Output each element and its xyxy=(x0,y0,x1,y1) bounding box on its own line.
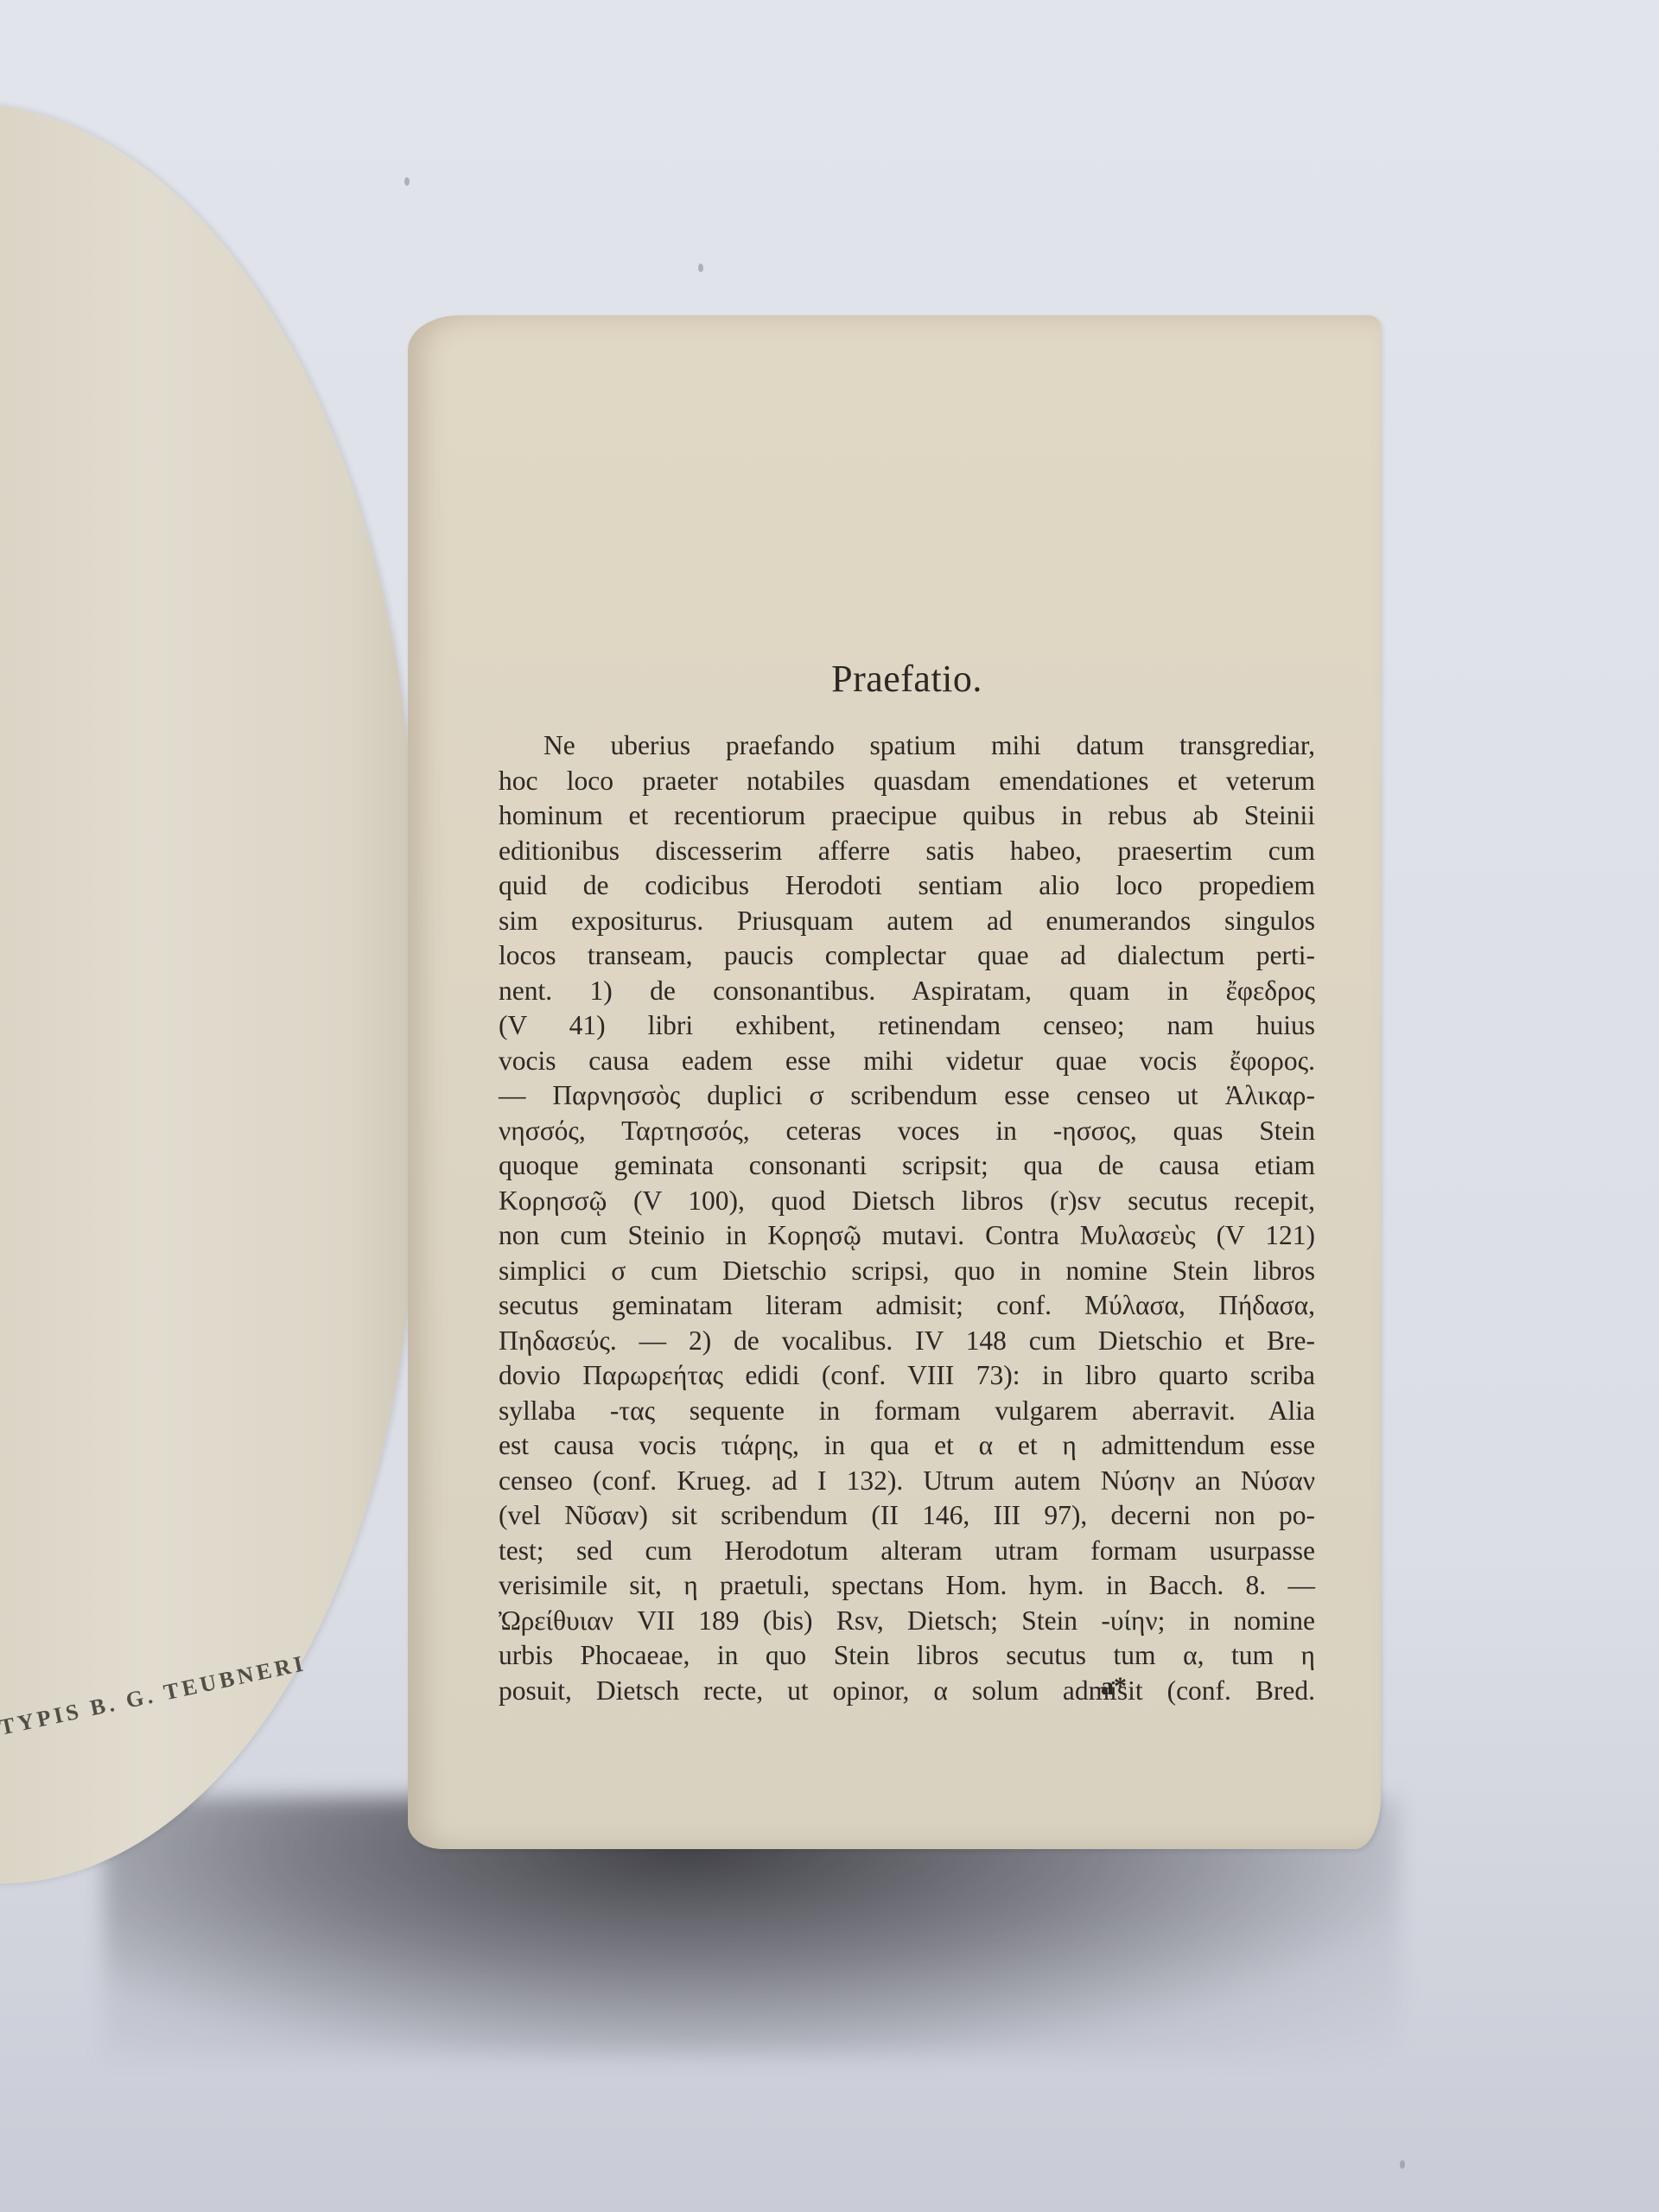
text-line: Ne uberius praefando spatium mihi datum … xyxy=(499,728,1315,764)
text-line: Ὠρείθυιαν VII 189 (bis) Rsv, Dietsch; St… xyxy=(499,1604,1315,1639)
text-line: nent. 1) de consonantibus. Aspiratam, qu… xyxy=(499,974,1315,1009)
text-line: (V 41) libri exhibent, retinendam censeo… xyxy=(499,1008,1315,1044)
text-line: quid de codicibus Herodoti sentiam alio … xyxy=(499,868,1315,904)
text-line: non cum Steinio in Κορησῷ mutavi. Contra… xyxy=(499,1218,1315,1254)
text-line: censeo (conf. Krueg. ad I 132). Utrum au… xyxy=(499,1464,1315,1499)
text-line: est causa vocis τιάρης, in qua et α et η… xyxy=(499,1428,1315,1464)
surface-speck xyxy=(404,177,410,186)
page-title: Praefatio. xyxy=(499,657,1315,701)
text-line: test; sed cum Herodotum alteram utram fo… xyxy=(499,1534,1315,1569)
text-line: sim expositurus. Priusquam autem ad enum… xyxy=(499,904,1315,939)
text-line: quoque geminata consonanti scripsit; qua… xyxy=(499,1148,1315,1184)
signature-mark: a* xyxy=(1101,1672,1127,1701)
text-line: urbis Phocaeae, in quo Stein libros secu… xyxy=(499,1638,1315,1674)
text-line: νησσός, Ταρτησσός, ceteras voces in -ησσ… xyxy=(499,1114,1315,1149)
text-line: locos transeam, paucis complectar quae a… xyxy=(499,938,1315,974)
text-line: — Παρνησσὸς duplici σ scribendum esse ce… xyxy=(499,1078,1315,1114)
surface-speck xyxy=(698,264,703,272)
text-line: verisimile sit, η praetuli, spectans Hom… xyxy=(499,1568,1315,1604)
page-content: Praefatio. Ne uberius praefando spatium … xyxy=(499,657,1315,1708)
text-line: vocis causa eadem esse mihi videtur quae… xyxy=(499,1044,1315,1079)
text-line: syllaba -τας sequente in formam vulgarem… xyxy=(499,1394,1315,1429)
text-line: dovio Παρωρεήτας edidi (conf. VIII 73): … xyxy=(499,1358,1315,1394)
text-line: hominum et recentiorum praecipue quibus … xyxy=(499,798,1315,834)
text-line: hoc loco praeter notabiles quasdam emend… xyxy=(499,764,1315,799)
preface-body: Ne uberius praefando spatium mihi datum … xyxy=(499,728,1315,1708)
text-line: (vel Νῦσαν) sit scribendum (II 146, III … xyxy=(499,1498,1315,1534)
text-line: editionibus discesserim afferre satis ha… xyxy=(499,834,1315,869)
text-line: Πηδασεύς. — 2) de vocalibus. IV 148 cum … xyxy=(499,1324,1315,1359)
right-page: Praefatio. Ne uberius praefando spatium … xyxy=(408,315,1381,1849)
text-line: secutus geminatam literam admisit; conf.… xyxy=(499,1288,1315,1324)
text-line: simplici σ cum Dietschio scripsi, quo in… xyxy=(499,1254,1315,1289)
text-line: Κορησσῷ (V 100), quod Dietsch libros (r)… xyxy=(499,1184,1315,1219)
surface-speck xyxy=(1400,2160,1405,2169)
text-line: posuit, Dietsch recte, ut opinor, α solu… xyxy=(499,1674,1315,1709)
